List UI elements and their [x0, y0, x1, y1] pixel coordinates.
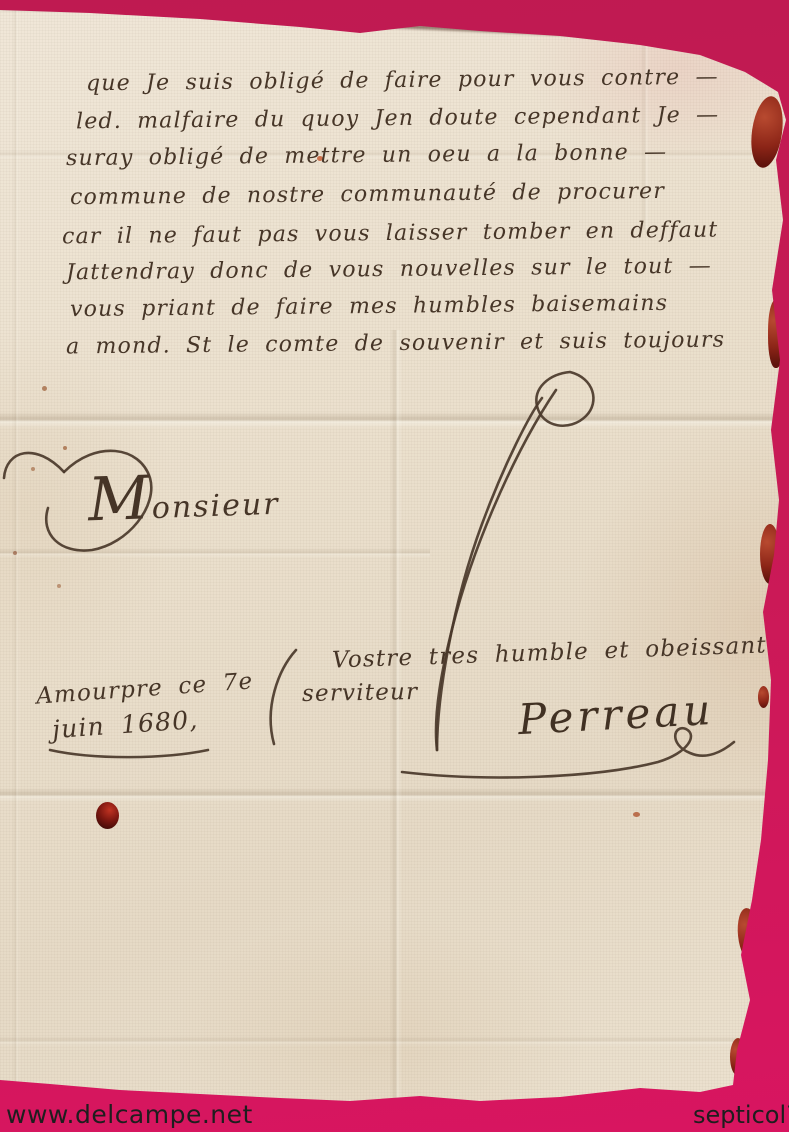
- foxing-spot: [57, 584, 61, 588]
- wax-seal-remnant: [760, 524, 780, 584]
- valediction-line: Vostre tres humble et obeissant: [332, 632, 768, 673]
- signature: Perreau: [517, 685, 716, 744]
- fold-crease: [12, 0, 20, 1090]
- salutation: Monsieur: [87, 459, 281, 536]
- wax-seal-dot: [96, 802, 119, 829]
- dateline: juin 1680,: [51, 705, 199, 744]
- signature-underline: [402, 728, 734, 777]
- foxing-spot: [31, 467, 35, 471]
- foxing-spot: [63, 446, 67, 450]
- wax-seal-remnant: [747, 94, 787, 169]
- torn-edge-shadow: [616, 30, 788, 72]
- paper: que Je suis obligé de faire pour vous co…: [0, 0, 789, 1132]
- manuscript-line: vous priant de faire mes humbles baisema…: [70, 291, 668, 322]
- foxing-spot: [13, 551, 17, 555]
- manuscript-line: que Je suis obligé de faire pour vous co…: [86, 65, 719, 97]
- flourish-spiral: [536, 372, 593, 426]
- salutation-swash: [46, 451, 151, 551]
- fold-crease: [0, 150, 789, 160]
- seller-watermark: septicol74: [693, 1101, 789, 1129]
- letter-photo: { "image_type": "photograph of a handwri…: [0, 0, 789, 1132]
- torn-edge-shadow: [330, 20, 630, 38]
- salutation-swash: [4, 453, 64, 478]
- manuscript-line: suray obligé de mettre un oeu a la bonne…: [66, 140, 668, 171]
- wax-seal-remnant: [735, 907, 763, 963]
- flourish-descender: [436, 390, 556, 750]
- foxing-spot: [42, 386, 47, 391]
- foxing-spot: [633, 812, 640, 817]
- foxing-spot: [317, 156, 323, 161]
- manuscript-line: Jattendray donc de vous nouvelles sur le…: [66, 254, 712, 286]
- valediction-line: serviteur: [302, 679, 419, 707]
- fold-crease: [0, 548, 430, 558]
- fold-crease: [0, 788, 789, 802]
- wax-seal-remnant: [768, 300, 784, 368]
- manuscript-line: a mond. St le comte de souvenir et suis …: [66, 328, 725, 360]
- fold-crease: [640, 0, 650, 230]
- manuscript-line: commune de nostre communauté de procurer: [70, 179, 665, 210]
- delcampe-watermark: www.delcampe.net: [6, 1100, 253, 1129]
- fold-crease: [0, 1036, 789, 1046]
- date-underline: [50, 750, 208, 757]
- fold-crease: [0, 412, 789, 428]
- manuscript-line: led. malfaire du quoy Jen doute cependan…: [76, 103, 720, 135]
- wax-seal-remnant: [730, 1038, 746, 1076]
- manuscript-line: car il ne faut pas vous laisser tomber e…: [62, 218, 719, 250]
- paraph-flourish: [0, 0, 789, 1132]
- dateline: Amourpre ce 7e: [35, 668, 254, 709]
- wax-seal-remnant: [758, 686, 769, 708]
- flourish-hook: [271, 650, 296, 744]
- torn-edge-shadow: [0, 6, 340, 16]
- flourish-ascender: [437, 398, 542, 750]
- fold-crease: [390, 330, 402, 1100]
